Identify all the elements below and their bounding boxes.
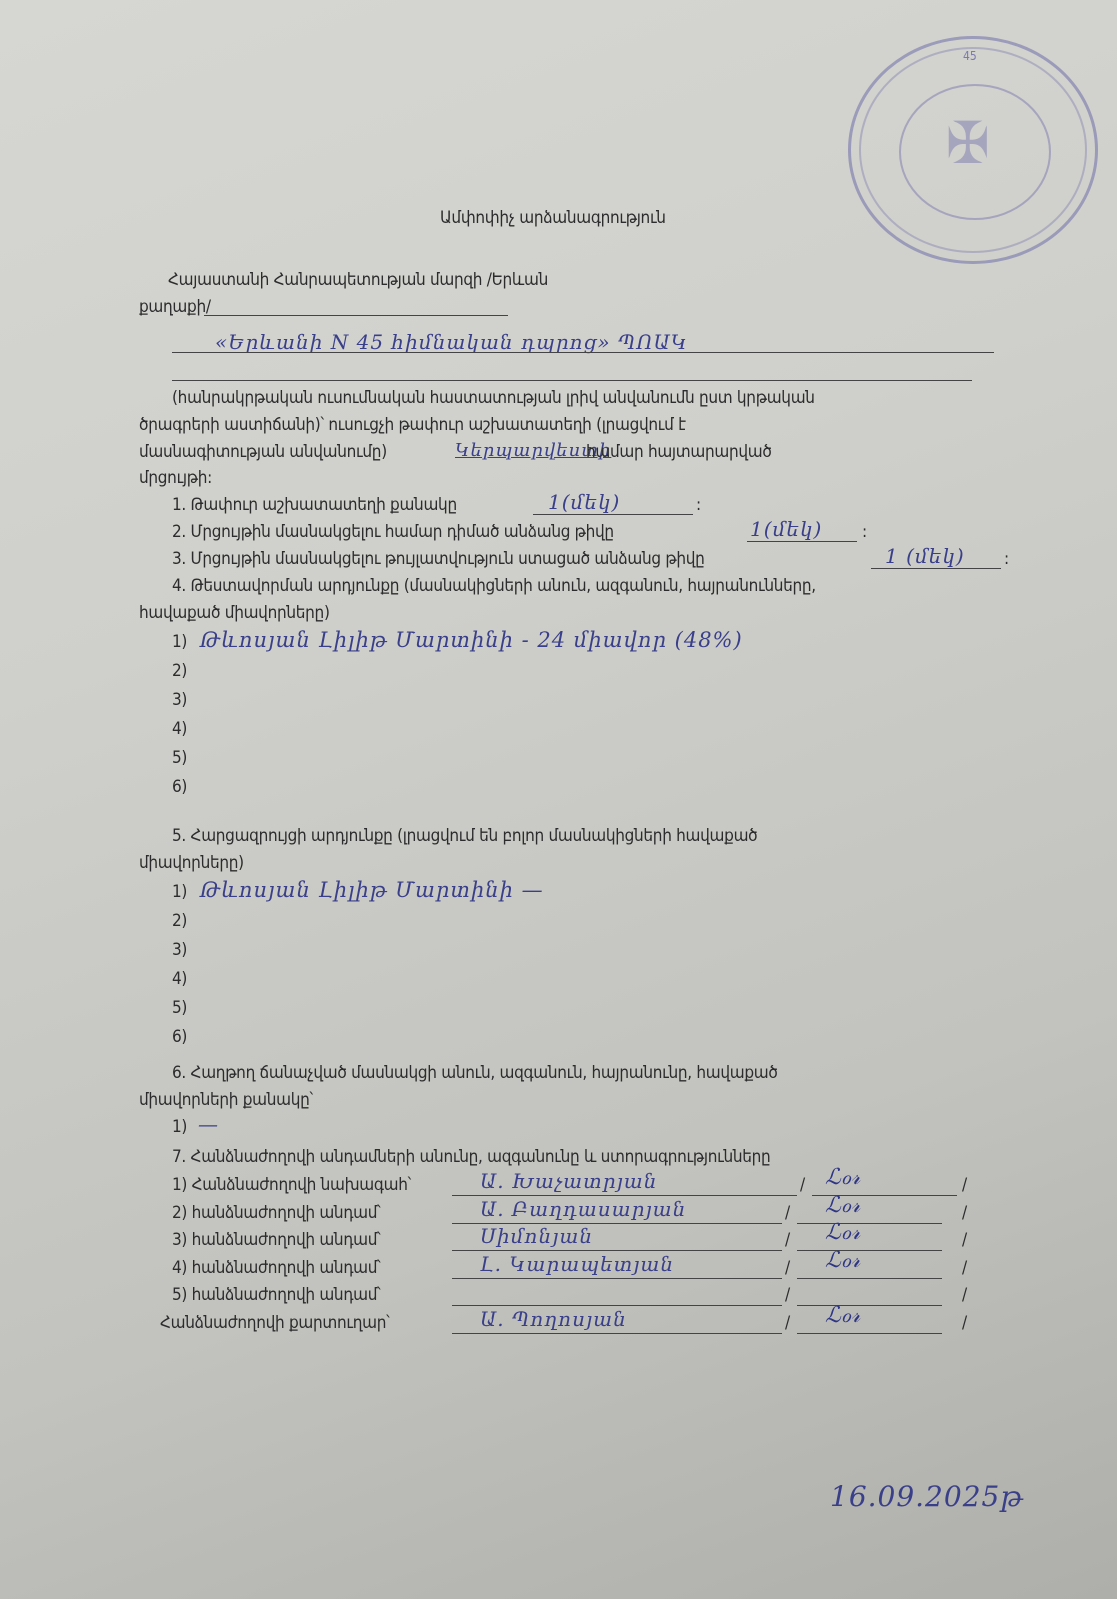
item-6-row-1: 1) bbox=[172, 1117, 187, 1137]
item-4-row-2: 2) bbox=[172, 661, 187, 681]
item-3-label: 3. Մրցույթին մասնակցելու թույլատվություն… bbox=[172, 549, 705, 569]
commission-slash-end: / bbox=[962, 1230, 967, 1250]
item-6-label-line-2: միավորների քանակը՝ bbox=[139, 1090, 313, 1110]
signature-mark-2: ℒℴ𝓇 bbox=[825, 1193, 860, 1218]
item-3-colon: : bbox=[1004, 549, 1009, 569]
commission-slash-end: / bbox=[962, 1203, 967, 1223]
signature-mark-3: ℒℴ𝓇 bbox=[825, 1220, 860, 1245]
item-2-value: 1(մեկ) bbox=[750, 517, 822, 541]
header-line-1: Հայաստանի Հանրապետության մարզի /Երևան bbox=[168, 270, 548, 290]
item-5-row-4: 4) bbox=[172, 969, 187, 989]
item-3-line bbox=[871, 568, 1001, 569]
item-5-row-5: 5) bbox=[172, 998, 187, 1018]
commission-slash-end: / bbox=[962, 1285, 967, 1305]
commission-member-name-1: Ա. Խաչատրյան bbox=[480, 1169, 657, 1193]
item-4-row-4: 4) bbox=[172, 719, 187, 739]
description-line-4: մրցույթի: bbox=[139, 468, 212, 488]
item-4-row-6: 6) bbox=[172, 777, 187, 797]
description-line-3-prefix: մասնագիտության անվանումը) bbox=[139, 442, 387, 462]
commission-signature-line-6 bbox=[797, 1333, 942, 1334]
commission-slash-end: / bbox=[962, 1175, 967, 1195]
commission-slash: / bbox=[785, 1285, 790, 1305]
commission-name-line-4 bbox=[452, 1278, 782, 1279]
commission-role-3: 3) հանձնաժողովի անդամ՝ bbox=[172, 1230, 381, 1250]
commission-slash: / bbox=[785, 1203, 790, 1223]
header-line-2: քաղաքի/ bbox=[139, 297, 211, 317]
item-1-label: 1. Թափուր աշխատատեղի քանակը bbox=[172, 495, 457, 515]
commission-member-name-6: Ա. Պողոսյան bbox=[480, 1307, 627, 1331]
region-blank-line bbox=[204, 315, 508, 316]
date-handwritten: 16.09.2025թ bbox=[830, 1480, 1023, 1513]
official-stamp: 45 ✠ bbox=[848, 36, 1098, 264]
item-1-line bbox=[533, 514, 693, 515]
document-page: 45 ✠ Ամփոփիչ արձանագրություն Հայաստանի Հ… bbox=[0, 0, 1117, 1599]
commission-role-1: 1) Հանձնաժողովի նախագահ՝ bbox=[172, 1175, 411, 1195]
description-line-1: (հանրակրթական ուսումնական հաստատության լ… bbox=[172, 388, 815, 408]
commission-role-4: 4) հանձնաժողովի անդամ՝ bbox=[172, 1258, 381, 1278]
item-5-row-6: 6) bbox=[172, 1027, 187, 1047]
item-5-row-1: 1) bbox=[172, 882, 187, 902]
commission-signature-line-3 bbox=[797, 1250, 942, 1251]
commission-slash-end: / bbox=[962, 1258, 967, 1278]
signature-mark-1: ℒℴ𝓇 bbox=[825, 1165, 860, 1190]
commission-member-name-3: Սիմոնյան bbox=[480, 1224, 593, 1248]
commission-signature-line-5 bbox=[797, 1305, 942, 1306]
item-1-colon: : bbox=[696, 495, 701, 515]
stamp-number: 45 bbox=[963, 49, 977, 63]
item-2-line bbox=[747, 541, 857, 542]
item-7-label: 7. Հանձնաժողովի անդամների անունը, ազգանո… bbox=[172, 1147, 770, 1167]
item-5-label-line-2: միավորները) bbox=[139, 853, 244, 873]
commission-slash-end: / bbox=[962, 1313, 967, 1333]
commission-slash: / bbox=[785, 1230, 790, 1250]
description-line-3-suffix: համար հայտարարված bbox=[586, 442, 772, 462]
signature-mark-6: ℒℴ𝓇 bbox=[825, 1303, 860, 1328]
description-line-2: ծրագրերի աստիճանի)՝ ուսուցչի թափուր աշխա… bbox=[139, 415, 686, 435]
item-5-row-3: 3) bbox=[172, 940, 187, 960]
commission-role-2: 2) հանձնաժողովի անդամ՝ bbox=[172, 1203, 381, 1223]
item-3-value: 1 (մեկ) bbox=[885, 544, 965, 568]
item-4-row-3: 3) bbox=[172, 690, 187, 710]
item-5-label-line-1: 5. Հարցազրույցի արդյունքը (լրացվում են բ… bbox=[172, 826, 757, 846]
commission-slash: / bbox=[800, 1175, 805, 1195]
item-5-row-2: 2) bbox=[172, 911, 187, 931]
item-4-row-5: 5) bbox=[172, 748, 187, 768]
institution-line bbox=[172, 352, 994, 353]
institution-name-handwritten: «Երևանի N 45 հիմնական դպրոց» ՊՈԱԿ bbox=[215, 330, 688, 354]
item-2-label: 2. Մրցույթին մասնակցելու համար դիմած անձ… bbox=[172, 522, 614, 542]
coat-of-arms-icon: ✠ bbox=[946, 109, 990, 177]
commission-role-5: 5) հանձնաժողովի անդամ՝ bbox=[172, 1285, 381, 1305]
item-5-entry-1: Թևոսյան Լիլիթ Մարտինի — bbox=[200, 878, 544, 902]
item-6-entry-1: — bbox=[198, 1112, 219, 1136]
item-4-row-1: 1) bbox=[172, 632, 187, 652]
commission-member-name-4: Լ. Կարապետյան bbox=[480, 1252, 674, 1276]
item-6-label-line-1: 6. Հաղթող ճանաչված մասնակցի անուն, ազգան… bbox=[172, 1063, 778, 1083]
institution-line-2 bbox=[172, 380, 972, 381]
commission-role-6: Հանձնաժողովի քարտուղար՝ bbox=[160, 1313, 389, 1333]
item-4-label-line-2: հավաքած միավորները) bbox=[139, 603, 330, 623]
commission-slash: / bbox=[785, 1258, 790, 1278]
commission-member-name-2: Ա. Բաղդասարյան bbox=[480, 1197, 686, 1221]
item-4-entry-1: Թևոսյան Լիլիթ Մարտինի - 24 միավոր (48%) bbox=[200, 628, 743, 652]
signature-mark-4: ℒℴ𝓇 bbox=[825, 1248, 860, 1273]
item-1-value: 1(մեկ) bbox=[548, 490, 620, 514]
document-title: Ամփոփիչ արձանագրություն bbox=[440, 208, 666, 228]
commission-signature-line-4 bbox=[797, 1278, 942, 1279]
item-4-label-line-1: 4. Թեստավորման արդյունքը (մասնակիցների ա… bbox=[172, 576, 816, 596]
commission-signature-line-2 bbox=[797, 1223, 942, 1224]
commission-name-line-6 bbox=[452, 1333, 782, 1334]
commission-slash: / bbox=[785, 1313, 790, 1333]
item-2-colon: : bbox=[862, 522, 867, 542]
